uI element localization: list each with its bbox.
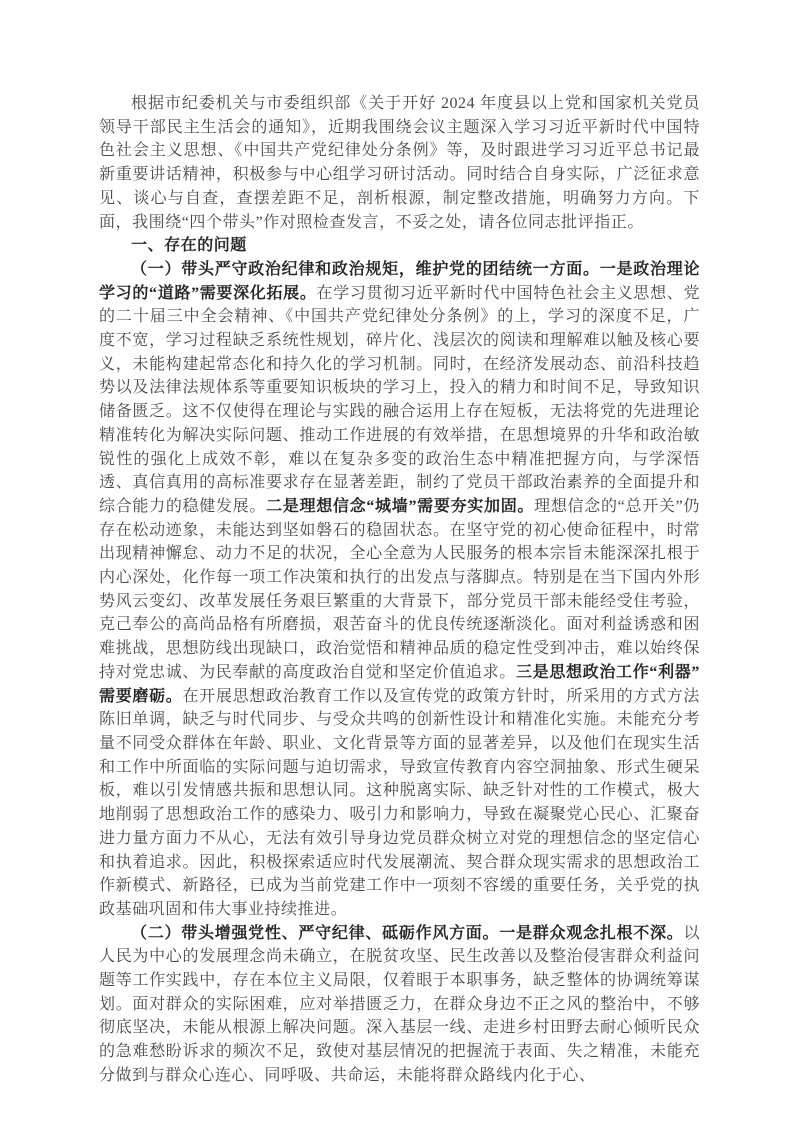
paragraph-two-body-1: 以人民为中心的发展理念尚未确立，在脱贫攻坚、民生改善以及整治侵害群众利益问题等工… bbox=[99, 925, 700, 1084]
paragraph-one: （一）带头严守政治纪律和政治规矩，维护党的团结统一方面。一是政治理论学习的“道路… bbox=[99, 258, 700, 922]
document-content: 根据市纪委机关与市委组织部《关于开好 2024 年度县以上党和国家机关党员领导干… bbox=[99, 92, 700, 1088]
paragraph-two: （二）带头增强党性、严守纪律、砥砺作风方面。一是群众观念扎根不深。以人民为中心的… bbox=[99, 922, 700, 1088]
paragraph-one-body-2: 理想信念的“总开关”仍存在松动迹象，未能达到坚如磐石的稳固状态。在坚守党的初心使… bbox=[99, 498, 700, 681]
paragraph-one-subhead-2: 二是理想信念“城墙”需要夯实加固。 bbox=[266, 498, 534, 515]
section-one-heading-text: 一、存在的问题 bbox=[131, 237, 247, 254]
document-page: 根据市纪委机关与市委组织部《关于开好 2024 年度县以上党和国家机关党员领导干… bbox=[0, 0, 793, 1122]
paragraph-one-body-1: 在学习贯彻习近平新时代中国特色社会主义思想、党的二十届三中全会精神、《中国共产党… bbox=[99, 285, 700, 515]
paragraph-two-lead-bold: （二）带头增强党性、严守纪律、砥砺作风方面。一是群众观念扎根不深。 bbox=[131, 925, 683, 942]
section-one-heading: 一、存在的问题 bbox=[99, 234, 700, 258]
intro-paragraph-text: 根据市纪委机关与市委组织部《关于开好 2024 年度县以上党和国家机关党员领导干… bbox=[99, 95, 700, 231]
paragraph-one-body-3: 在开展思想政治教育工作以及宣传党的政策方针时，所采用的方式方法陈旧单调，缺乏与时… bbox=[99, 688, 700, 918]
intro-paragraph: 根据市纪委机关与市委组织部《关于开好 2024 年度县以上党和国家机关党员领导干… bbox=[99, 92, 700, 234]
